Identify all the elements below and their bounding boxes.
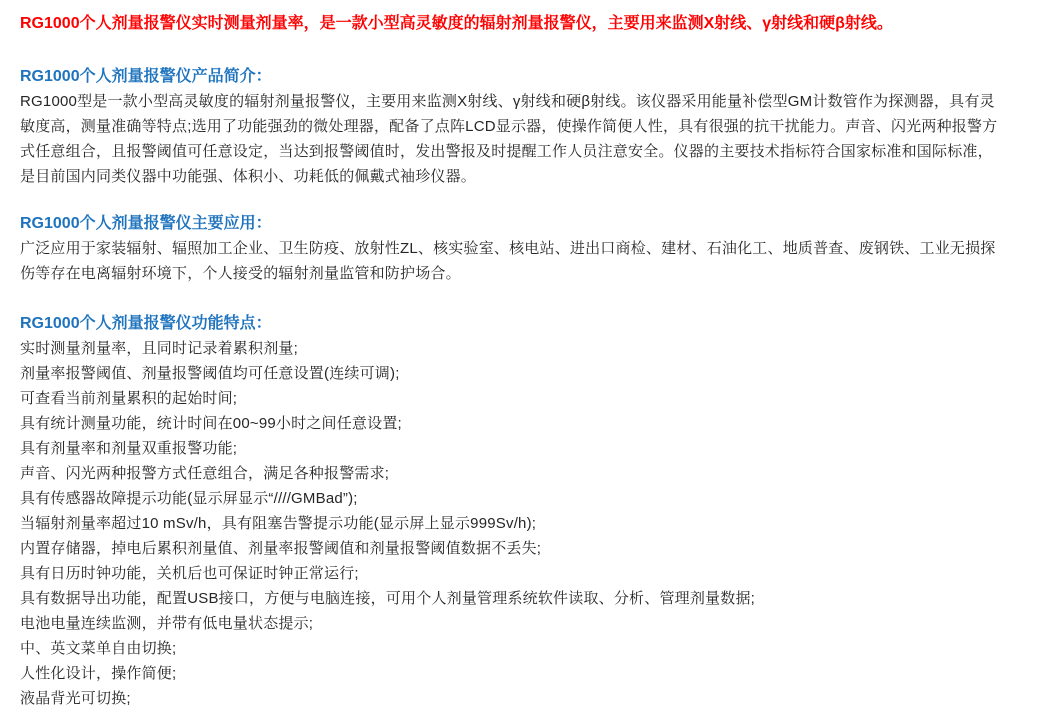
- feature-item: 中、英文菜单自由切换;: [20, 636, 1035, 661]
- feature-item: 电池电量连续监测，并带有低电量状态提示;: [20, 611, 1035, 636]
- feature-item: 液晶背光可切换;: [20, 686, 1035, 711]
- feature-item: 实时测量剂量率，且同时记录着累积剂量;: [20, 336, 1035, 361]
- feature-item: 内置存储器，掉电后累积剂量值、剂量率报警阈值和剂量报警阈值数据不丢失;: [20, 536, 1035, 561]
- intro-paragraph-line: 敏度高，测量准确等特点;选用了功能强劲的微处理器，配备了点阵LCD显示器，使操作…: [20, 114, 1035, 139]
- feature-item: 可查看当前剂量累积的起始时间;: [20, 386, 1035, 411]
- feature-item: 具有日历时钟功能，关机后也可保证时钟正常运行;: [20, 561, 1035, 586]
- feature-item: 具有剂量率和剂量双重报警功能;: [20, 436, 1035, 461]
- intro-paragraph-line: 式任意组合，且报警阈值可任意设定，当达到报警阈值时，发出警报及时提醒工作人员注意…: [20, 139, 1035, 164]
- feature-item: 剂量率报警阈值、剂量报警阈值均可任意设置(连续可调);: [20, 361, 1035, 386]
- feature-item: 当辐射剂量率超过10 mSv/h，具有阻塞告警提示功能(显示屏上显示999Sv/…: [20, 511, 1035, 536]
- intro-paragraph-line: 是目前国内同类仪器中功能强、体积小、功耗低的佩戴式袖珍仪器。: [20, 164, 1035, 189]
- feature-item: 具有数据导出功能，配置USB接口，方便与电脑连接，可用个人剂量管理系统软件读取、…: [20, 586, 1035, 611]
- section-main-applications: RG1000个人剂量报警仪主要应用： 广泛应用于家装辐射、辐照加工企业、卫生防疫…: [20, 211, 1035, 286]
- applications-paragraph-line: 广泛应用于家装辐射、辐照加工企业、卫生防疫、放射性ZL、核实验室、核电站、进出口…: [20, 236, 1035, 261]
- section-features-heading: RG1000个人剂量报警仪功能特点：: [20, 311, 1035, 336]
- feature-item: 声音、闪光两种报警方式任意组合，满足各种报警需求;: [20, 461, 1035, 486]
- section-features: RG1000个人剂量报警仪功能特点： 实时测量剂量率，且同时记录着累积剂量; 剂…: [20, 311, 1035, 711]
- feature-item: 具有传感器故障提示功能(显示屏显示“////GMBad”);: [20, 486, 1035, 511]
- product-description-page: RG1000个人剂量报警仪实时测量剂量率，是一款小型高灵敏度的辐射剂量报警仪，主…: [0, 0, 1049, 714]
- section-intro-heading: RG1000个人剂量报警仪产品简介：: [20, 64, 1035, 89]
- feature-item: 人性化设计，操作简便;: [20, 661, 1035, 686]
- applications-paragraph-line: 伤等存在电离辐射环境下，个人接受的辐射剂量监管和防护场合。: [20, 261, 1035, 286]
- page-title: RG1000个人剂量报警仪实时测量剂量率，是一款小型高灵敏度的辐射剂量报警仪，主…: [20, 12, 1035, 36]
- intro-paragraph-line: RG1000型是一款小型高灵敏度的辐射剂量报警仪，主要用来监测X射线、γ射线和硬…: [20, 89, 1035, 114]
- section-applications-heading: RG1000个人剂量报警仪主要应用：: [20, 211, 1035, 236]
- section-product-intro: RG1000个人剂量报警仪产品简介： RG1000型是一款小型高灵敏度的辐射剂量…: [20, 64, 1035, 189]
- feature-item: 具有统计测量功能，统计时间在00~99小时之间任意设置;: [20, 411, 1035, 436]
